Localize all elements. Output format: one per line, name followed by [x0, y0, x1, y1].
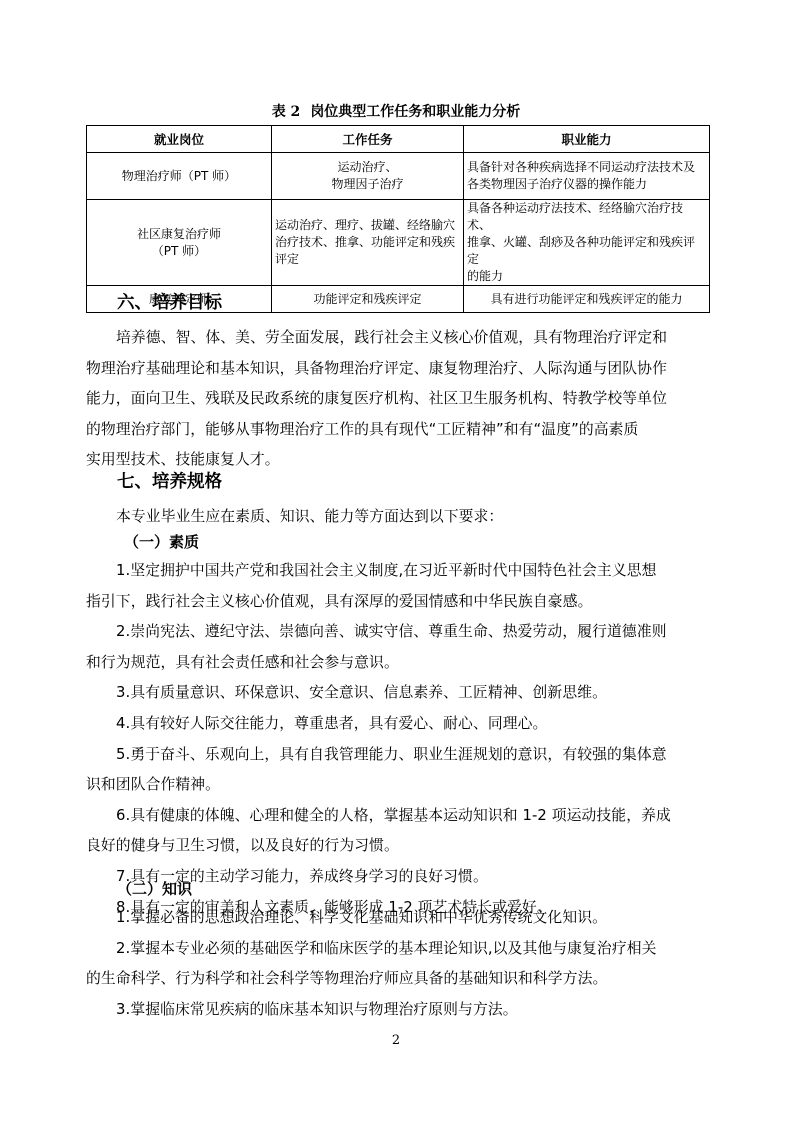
list-item: 5.勇于奋斗、乐观向上，具有自我管理能力、职业生涯规划的意识，有较强的集体意: [86, 740, 710, 771]
header-position: 就业岗位: [87, 126, 272, 153]
list-item: 1.坚定拥护中国共产党和我国社会主义制度,在习近平新时代中国特色社会主义思想: [86, 556, 710, 587]
knowledge-items: 1.掌握必备的思想政治理论、科学文化基础知识和中华优秀传统文化知识。 2.掌握本…: [86, 903, 710, 1025]
table-row: 社区康复治疗师 （PT 师） 运动治疗、理疗、拔罐、经络腧穴 治疗技术、推拿、功…: [87, 200, 710, 286]
cell-tasks: 运动治疗、 物理因子治疗: [272, 153, 464, 200]
table-row: 物理治疗师（PT 师） 运动治疗、 物理因子治疗 具备针对各种疾病选择不同运动疗…: [87, 153, 710, 200]
subheading-quality: （一）素质: [124, 531, 199, 553]
list-item: 3.掌握临床常见疾病的临床基本知识与物理治疗原则与方法。: [86, 995, 710, 1026]
section-heading-training-goals: 六、培养目标: [117, 291, 222, 315]
table-number: 表 2: [272, 104, 301, 120]
table-caption: 表 2岗位典型工作任务和职业能力分析: [0, 103, 792, 121]
list-item: 1.掌握必备的思想政治理论、科学文化基础知识和中华优秀传统文化知识。: [86, 903, 710, 934]
table-header-row: 就业岗位 工作任务 职业能力: [87, 126, 710, 153]
header-tasks: 工作任务: [272, 126, 464, 153]
cell-tasks: 功能评定和残疾评定: [272, 286, 464, 313]
training-specs-intro: 本专业毕业生应在素质、知识、能力等方面达到以下要求：: [86, 502, 710, 533]
list-item: 2.崇尚宪法、遵纪守法、崇德向善、诚实守信、尊重生命、热爱劳动，履行道德准则: [86, 617, 710, 648]
cell-abilities: 具备针对各种疾病选择不同运动疗法技术及 各类物理因子治疗仪器的操作能力: [464, 153, 710, 200]
list-item: 4.具有较好人际交往能力，尊重患者，具有爱心、耐心、同理心。: [86, 709, 710, 740]
cell-position: 物理治疗师（PT 师）: [87, 153, 272, 200]
page-number: 2: [0, 1033, 792, 1048]
list-item: 2.掌握本专业必须的基础医学和临床医学的基本理论知识,以及其他与康复治疗相关: [86, 934, 710, 965]
training-goals-paragraph: 培养德、智、体、美、劳全面发展，践行社会主义核心价值观，具有物理治疗评定和 物理…: [86, 323, 710, 476]
cell-abilities: 具备各种运动疗法技术、经络腧穴治疗技术、 推拿、火罐、刮痧及各种功能评定和残疾评…: [464, 200, 710, 286]
cell-position: 社区康复治疗师 （PT 师）: [87, 200, 272, 286]
document-page: 表 2岗位典型工作任务和职业能力分析 就业岗位 工作任务 职业能力 物理治疗师（…: [0, 0, 792, 1121]
job-ability-table: 就业岗位 工作任务 职业能力 物理治疗师（PT 师） 运动治疗、 物理因子治疗 …: [86, 125, 710, 313]
cell-abilities: 具有进行功能评定和残疾评定的能力: [464, 286, 710, 313]
cell-tasks: 运动治疗、理疗、拔罐、经络腧穴 治疗技术、推拿、功能评定和残疾 评定: [272, 200, 464, 286]
list-item: 6.具有健康的体魄、心理和健全的人格，掌握基本运动知识和 1-2 项运动技能，养…: [86, 801, 710, 832]
table-title: 岗位典型工作任务和职业能力分析: [310, 104, 520, 120]
list-item: 3.具有质量意识、环保意识、安全意识、信息素养、工匠精神、创新思维。: [86, 678, 710, 709]
header-abilities: 职业能力: [464, 126, 710, 153]
subheading-knowledge: （二）知识: [117, 878, 192, 900]
section-heading-training-specs: 七、培养规格: [117, 470, 222, 494]
quality-items: 1.坚定拥护中国共产党和我国社会主义制度,在习近平新时代中国特色社会主义思想 指…: [86, 556, 710, 923]
